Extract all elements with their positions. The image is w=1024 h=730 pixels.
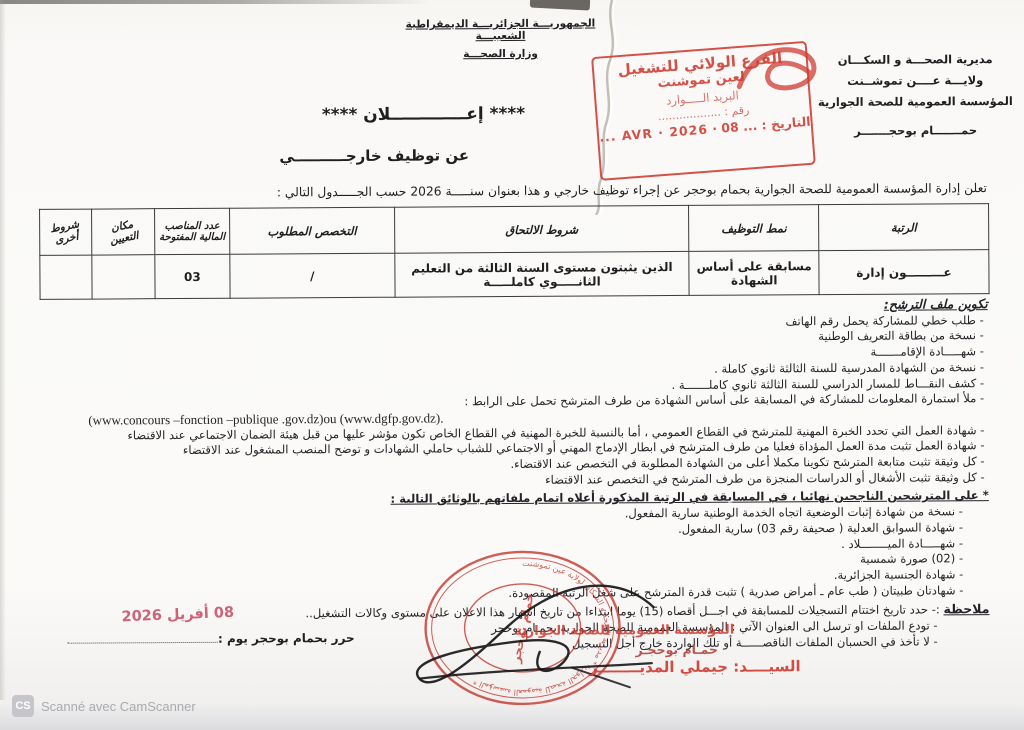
col-rank: الرتبة [819, 204, 989, 251]
dotted-leader [68, 634, 218, 644]
announcement-subtitle: عن توظيف خارجــــــــــي [267, 146, 482, 165]
cell-open-positions: 03 [155, 254, 230, 298]
cell-specialty: / [230, 253, 395, 298]
col-specialty: التخصص المطلوب [229, 207, 394, 254]
scanned-document-page: الجمهوريـــة الجزائريـــة الديمقراطية ال… [0, 0, 1024, 730]
org-line-directorate: مديرية الصحـــة و السكـــان [816, 49, 1014, 71]
col-open-positions: عدد المناصب المالية المفتوحة [155, 208, 230, 254]
recruitment-table: الرتبة نمط التوظيف شروط الالتحاق التخصص … [39, 203, 990, 300]
republic-title: الجمهوريـــة الجزائريـــة الديمقراطية ال… [403, 17, 598, 42]
header-republic-block: الجمهوريـــة الجزائريـــة الديمقراطية ال… [403, 17, 598, 60]
header-organization-block: مديرية الصحـــة و السكـــان ولايـــة عــ… [816, 49, 1015, 142]
issued-at-text: حرر بحمام بوحجر يوم : [218, 631, 355, 646]
cell-rank: عـــــــــون إدارة [819, 250, 989, 295]
camscanner-text: Scanné avec CamScanner [41, 699, 196, 714]
table-header-row: الرتبة نمط التوظيف شروط الالتحاق التخصص … [40, 204, 989, 256]
footer-red-place: حمـام بوحجـر [622, 642, 732, 658]
org-line-wilaya: ولايـــة عــــن تموشــنت [816, 70, 1014, 92]
cell-recruitment-mode: مسابقة على أساس الشهادة [689, 251, 819, 296]
col-recruitment-mode: نمط التوظيف [689, 205, 819, 252]
cell-other-conditions [40, 255, 92, 299]
dossier-section-title: تكوين ملف الترشح: [884, 296, 988, 312]
camscanner-icon: CS [12, 695, 34, 717]
cell-assignment-place [92, 255, 155, 299]
camscanner-watermark: CS Scanné avec CamScanner [12, 695, 196, 717]
org-line-establishment: المؤسسة العمومية للصحة الجوارية [816, 91, 1014, 113]
footer-red-director: السيــــد: جيملي المديــــــــر [580, 657, 810, 676]
cell-conditions: الذين يثبتون مستوى السنة الثالثة من التع… [395, 251, 690, 297]
announcement-title: **** إعـــــــــــــلان **** [273, 104, 573, 126]
footer-red-org: المؤسسة العمومية للصحة الجوارية [497, 623, 752, 640]
intro-sentence: تعلن إدارة المؤسسة العمومية للصحة الجوار… [39, 181, 987, 201]
col-assignment-place: مكان التعيين [92, 209, 155, 255]
org-line-city: حمـــــــام بوحجـــــــر [817, 120, 1015, 142]
table-row: عـــــــــون إدارة مسابقة على أساس الشها… [40, 250, 989, 300]
col-other-conditions: شروط أخرى [40, 209, 92, 255]
ministry-title: وزارة الصحـــة [403, 47, 598, 60]
issued-at-line: حرر بحمام بوحجر يوم : [80, 631, 355, 647]
col-conditions: شروط الالتحاق [394, 205, 689, 253]
red-ink-scribble [731, 34, 826, 110]
note-label: ملاحظة [943, 601, 989, 616]
